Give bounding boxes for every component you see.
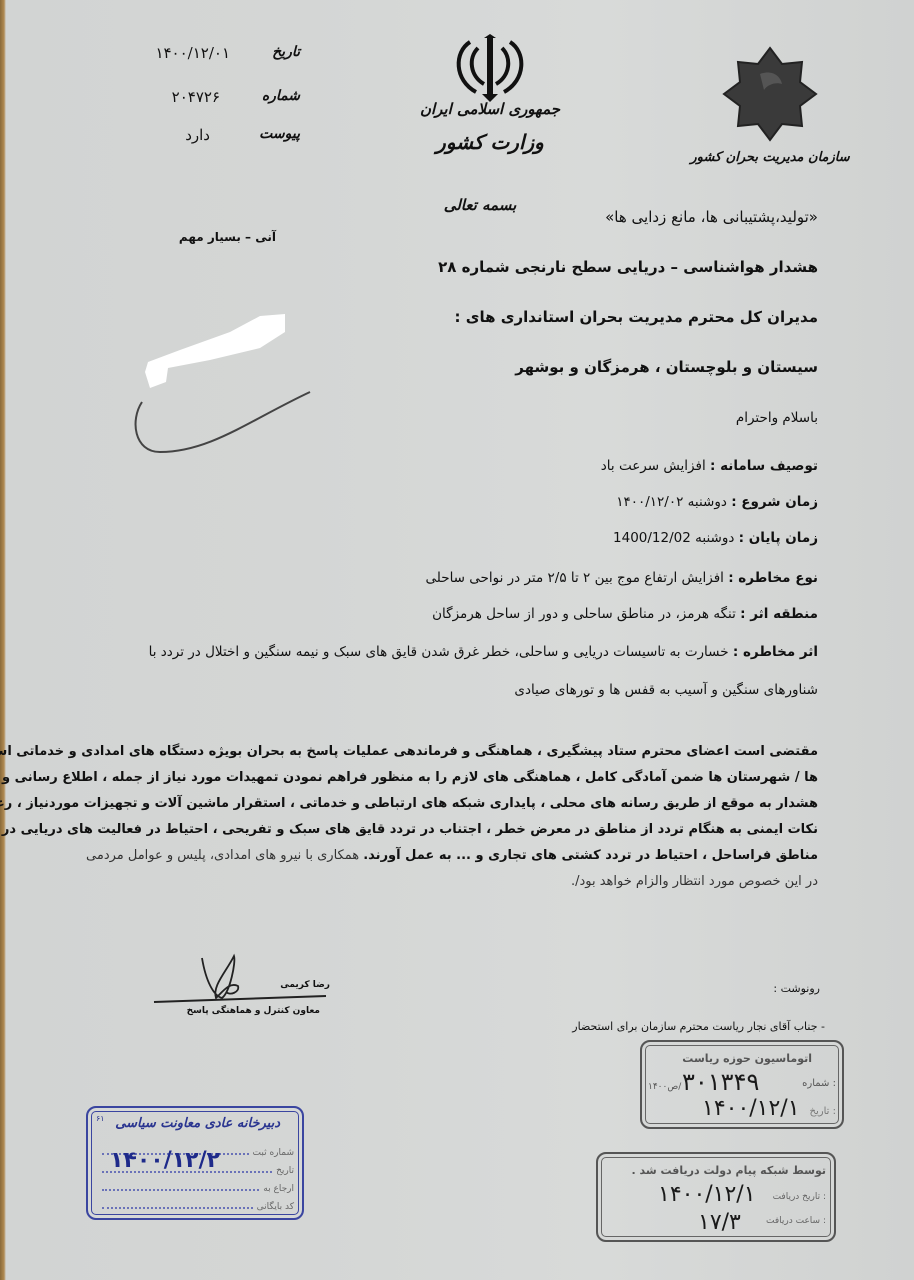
stamp-row-archive-code: کد بایگانی bbox=[96, 1194, 294, 1212]
stamp-row-referral: ارجاع به bbox=[96, 1176, 294, 1194]
cc-item: - جناب آقای نجار ریاست محترم سازمان برای… bbox=[540, 1020, 825, 1033]
stamp-date-value: ۱۴۰۰/۱۲/۲ bbox=[110, 1148, 220, 1173]
received-date-label: تاریخ دریافت : bbox=[773, 1192, 826, 1202]
crisis-management-logo-icon bbox=[720, 44, 820, 144]
field-end-time: زمان پایان : دوشنبه 1400/12/02 bbox=[613, 530, 818, 546]
field-value: افزایش سرعت باد bbox=[601, 458, 706, 474]
field-hazard-type: نوع مخاطره : افزایش ارتفاع موج بین ۲ تا … bbox=[426, 570, 819, 586]
date-field: تاریخ ۱۴۰۰/۱۲/۰۱ bbox=[140, 44, 300, 62]
attachment-label: پیوست bbox=[230, 126, 300, 144]
field-label: زمان پایان : bbox=[739, 530, 818, 546]
received-time-label: ساعت دریافت : bbox=[766, 1216, 826, 1226]
attachment-field: پیوست دارد bbox=[140, 126, 300, 144]
letter-page: تاریخ ۱۴۰۰/۱۲/۰۱ شماره ۲۰۴۷۲۶ پیوست دارد… bbox=[0, 0, 914, 1280]
stamp-title: توسط شبکه پیام دولت دریافت شد . bbox=[632, 1164, 826, 1177]
signer-name: رضا کریمی bbox=[250, 980, 330, 990]
stamp-row-label: کد بایگانی bbox=[257, 1202, 294, 1212]
addressee: مدیران کل محترم مدیریت بحران استانداری ه… bbox=[455, 308, 818, 326]
ministry-name: وزارت کشور bbox=[405, 130, 575, 154]
letter-title: هشدار هواشناسی – دریایی سطح نارنجی شماره… bbox=[438, 258, 818, 276]
provinces: سیستان و بلوچستان ، هرمزگان و بوشهر bbox=[515, 358, 818, 376]
stamp-row-label: شماره ثبت bbox=[253, 1148, 294, 1158]
cc-label: رونوشت : bbox=[740, 982, 820, 995]
field-label: اثر مخاطره : bbox=[733, 644, 818, 660]
stamp-date-value: ۱۴۰۰/۱۲/۱ bbox=[702, 1096, 800, 1121]
field-system-description: توصیف سامانه : افزایش سرعت باد bbox=[601, 458, 818, 474]
hazard-effect-continuation: شناورهای سنگین و آسیب به قفس ها و تورهای… bbox=[514, 682, 818, 698]
field-hazard-effect: اثر مخاطره : خسارت به تاسیسات دریایی و س… bbox=[149, 644, 818, 660]
field-label: توصیف سامانه : bbox=[710, 458, 818, 474]
attachment-value: دارد bbox=[185, 126, 230, 144]
field-impact-area: منطقه اثر : تنگه هرمز، در مناطق ساحلی و … bbox=[432, 606, 818, 622]
government-network-received-stamp: توسط شبکه پیام دولت دریافت شد . تاریخ در… bbox=[596, 1152, 836, 1242]
signer-position: معاون کنترل و هماهنگی پاسخ bbox=[170, 1006, 320, 1016]
field-start-time: زمان شروع : دوشنبه ۱۴۰۰/۱۲/۰۲ bbox=[616, 494, 818, 510]
body-final-line: در این خصوص مورد انتظار والزام خواهد بود… bbox=[571, 874, 818, 889]
stamp-number-prefix: ص۱۴۰۰/ bbox=[648, 1082, 681, 1092]
body-line-5-main: مناطق فراساحل ، احتیاط در تردد کشتی های … bbox=[363, 848, 818, 863]
political-secretariat-stamp: ۶۱ دبیرخانه عادی معاونت سیاسی شماره ثبت … bbox=[86, 1106, 304, 1220]
slogan: «تولید،پشتیبانی ها، مانع زدایی ها» bbox=[605, 208, 818, 226]
iran-emblem-icon bbox=[440, 34, 540, 104]
stamp-corner-number: ۶۱ bbox=[96, 1114, 105, 1123]
stamp-row-label: ارجاع به bbox=[263, 1184, 294, 1194]
number-field: شماره ۲۰۴۷۲۶ bbox=[140, 88, 300, 106]
field-value: دوشنبه 1400/12/02 bbox=[613, 530, 734, 546]
field-label: نوع مخاطره : bbox=[728, 570, 818, 586]
handwritten-curve bbox=[130, 380, 320, 460]
received-time-value: ۱۷/۳ bbox=[698, 1210, 741, 1235]
stamp-title: دبیرخانه عادی معاونت سیاسی bbox=[115, 1116, 280, 1131]
stamp-title: اتوماسیون حوزه ریاست bbox=[682, 1052, 812, 1065]
invocation: بسمه تعالی bbox=[425, 196, 535, 214]
stamp-row-label: تاریخ bbox=[276, 1166, 294, 1176]
field-label: زمان شروع : bbox=[731, 494, 818, 510]
field-label: منطقه اثر : bbox=[740, 606, 818, 622]
urgency-label: آنی – بسیار مهم bbox=[166, 230, 276, 244]
stamp-number-value: ۳۰۱۳۴۹ bbox=[682, 1068, 759, 1096]
stamp-date-label: تاریخ : bbox=[810, 1106, 836, 1117]
republic-name: جمهوری اسلامی ایران bbox=[405, 100, 575, 118]
org-name: سازمان مدیریت بحران کشور bbox=[690, 150, 850, 165]
body-line-2: ها / شهرستان ها ضمن آمادگی کامل ، هماهنگ… bbox=[2, 770, 818, 785]
field-value: خسارت به تاسیسات دریایی و ساحلی، خطر غرق… bbox=[149, 644, 729, 660]
body-line-4: نکات ایمنی به هنگام تردد از مناطق در معر… bbox=[2, 822, 818, 837]
body-line-5-tail: همکاری با نیرو های امدادی، پلیس و عوامل … bbox=[86, 848, 359, 863]
date-value: ۱۴۰۰/۱۲/۰۱ bbox=[155, 44, 230, 62]
presidency-automation-stamp: اتوماسیون حوزه ریاست شماره : ۳۰۱۳۴۹ ص۱۴۰… bbox=[640, 1040, 844, 1129]
body-line-5: مناطق فراساحل ، احتیاط در تردد کشتی های … bbox=[86, 848, 818, 863]
field-value: تنگه هرمز، در مناطق ساحلی و دور از ساحل … bbox=[432, 606, 736, 622]
body-line-1: مقتضی است اعضای محترم ستاد پیشگیری ، هما… bbox=[0, 744, 818, 759]
stamp-row-date: تاریخ ۱۴۰۰/۱۲/۲ bbox=[96, 1158, 294, 1176]
number-label: شماره bbox=[230, 88, 300, 106]
greeting: باسلام واحترام bbox=[736, 410, 818, 426]
stamp-number-label: شماره : bbox=[802, 1078, 836, 1089]
body-line-3: هشدار به موقع از طریق رسانه های محلی ، پ… bbox=[0, 796, 818, 811]
date-label: تاریخ bbox=[230, 44, 300, 62]
number-value: ۲۰۴۷۲۶ bbox=[172, 88, 230, 106]
field-value: افزایش ارتفاع موج بین ۲ تا ۲/۵ متر در نو… bbox=[426, 570, 724, 586]
received-date-value: ۱۴۰۰/۱۲/۱ bbox=[658, 1182, 756, 1207]
field-value: دوشنبه ۱۴۰۰/۱۲/۰۲ bbox=[616, 494, 727, 510]
